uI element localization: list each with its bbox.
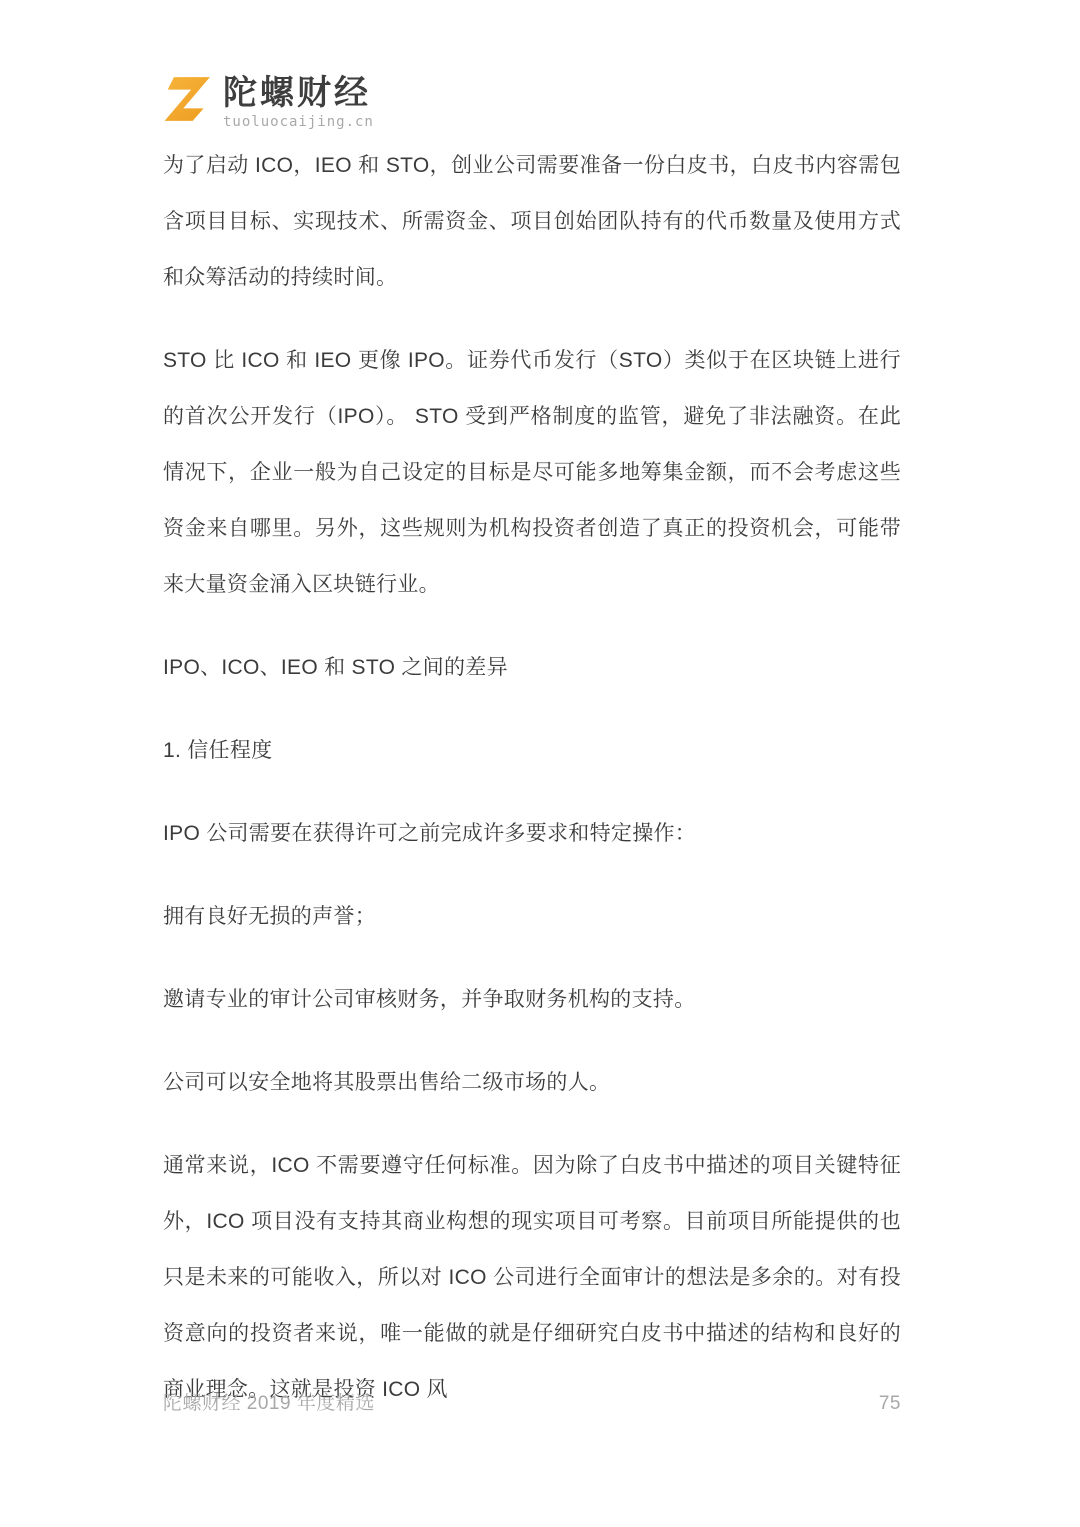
paragraph-ico-standards: 通常来说，ICO 不需要遵守任何标准。因为除了白皮书中描述的项目关键特征外，IC… [163,1138,901,1418]
brand-tagline: tuoluocaijing.cn [223,115,374,129]
paragraph-reputation: 拥有良好无损的声誉； [163,889,901,945]
z-gyro-icon [163,72,213,126]
paragraph-whitepaper-intro: 为了启动 ICO，IEO 和 STO，创业公司需要准备一份白皮书，白皮书内容需包… [163,138,901,306]
paragraph-audit: 邀请专业的审计公司审核财务，并争取财务机构的支持。 [163,972,901,1028]
paragraph-ipo-requirements: IPO 公司需要在获得许可之前完成许多要求和特定操作： [163,806,901,862]
document-page: 陀螺财经 tuoluocaijing.cn 为了启动 ICO，IEO 和 STO… [0,0,1080,1527]
brand-text-block: 陀螺财经 tuoluocaijing.cn [223,62,374,129]
footer-title: 陀螺财经 2019 年度精选 [163,1388,375,1415]
paragraph-trust-level-heading: 1. 信任程度 [163,723,901,779]
paragraph-secondary-market: 公司可以安全地将其股票出售给二级市场的人。 [163,1055,901,1111]
page-footer: 陀螺财经 2019 年度精选 75 [163,1388,901,1415]
brand-logo: 陀螺财经 tuoluocaijing.cn [163,62,901,132]
paragraph-differences-heading: IPO、ICO、IEO 和 STO 之间的差异 [163,640,901,696]
brand-name: 陀螺财经 [223,76,374,110]
document-body: 为了启动 ICO，IEO 和 STO，创业公司需要准备一份白皮书，白皮书内容需包… [163,138,901,1418]
page-number: 75 [879,1393,901,1415]
paragraph-sto-vs-ipo: STO 比 ICO 和 IEO 更像 IPO。证券代币发行（STO）类似于在区块… [163,333,901,613]
